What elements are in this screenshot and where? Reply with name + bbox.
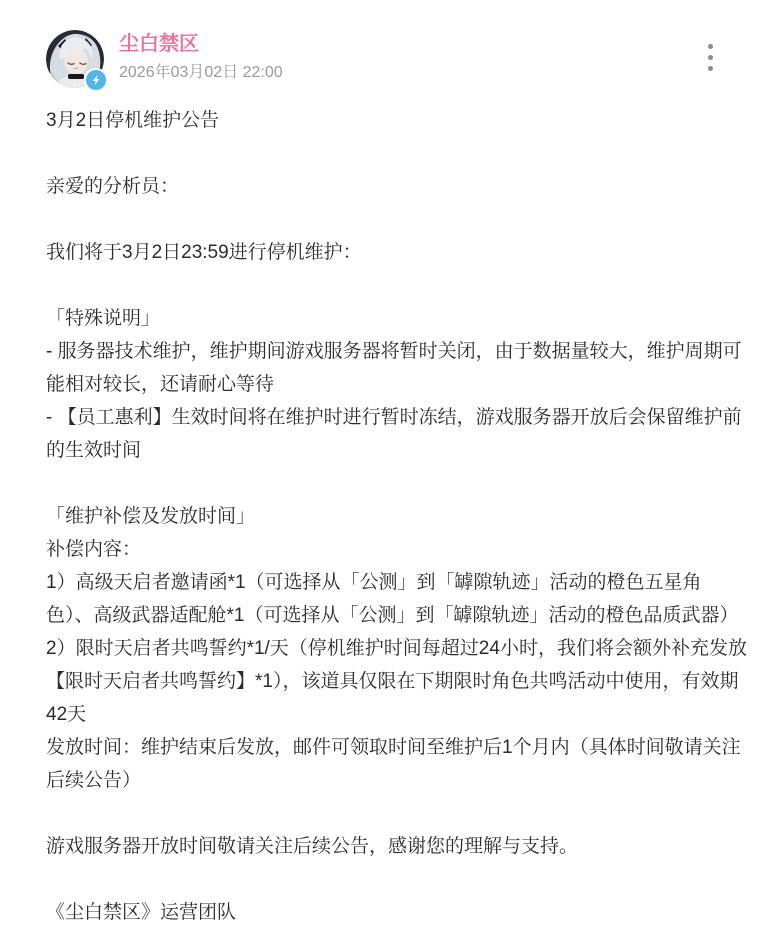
paragraph: 《尘白禁区》运营团队 bbox=[46, 896, 747, 929]
paragraph: 「维护补偿及发放时间」补偿内容：1）高级天启者邀请函*1（可选择从「公测」到「罅… bbox=[46, 500, 747, 797]
text-line: - 【员工惠利】生效时间将在维护时进行暂时冻结，游戏服务器开放后会保留维护前的生… bbox=[46, 401, 747, 467]
text-line: 2）限时天启者共鸣誓约*1/天（停机维护时间每超过24小时，我们将会额外补充发放… bbox=[46, 632, 747, 731]
text-line: 1）高级天启者邀请函*1（可选择从「公测」到「罅隙轨迹」活动的橙色五星角色）、高… bbox=[46, 566, 747, 632]
text-line: 3月2日停机维护公告 bbox=[46, 104, 747, 137]
post-header: 尘白禁区 2026年03月02日 22:00 bbox=[46, 30, 746, 88]
paragraph: 亲爱的分析员： bbox=[46, 170, 747, 203]
kebab-dot bbox=[708, 44, 713, 49]
text-line: - 服务器技术维护，维护期间游戏服务器将暂时关闭，由于数据量较大，维护周期可能相… bbox=[46, 335, 747, 401]
text-line: 亲爱的分析员： bbox=[46, 170, 747, 203]
more-options-button[interactable] bbox=[704, 40, 717, 75]
lightning-icon bbox=[89, 73, 103, 87]
text-line: 补偿内容： bbox=[46, 533, 747, 566]
paragraph: 我们将于3月2日23:59进行停机维护： bbox=[46, 236, 747, 269]
kebab-dot bbox=[708, 66, 713, 71]
text-line: 「特殊说明」 bbox=[46, 302, 747, 335]
text-line: 《尘白禁区》运营团队 bbox=[46, 896, 747, 929]
username[interactable]: 尘白禁区 bbox=[119, 32, 283, 56]
text-line: 游戏服务器开放时间敬请关注后续公告，感谢您的理解与支持。 bbox=[46, 830, 747, 863]
post-body: 3月2日停机维护公告亲爱的分析员：我们将于3月2日23:59进行停机维护：「特殊… bbox=[46, 104, 747, 929]
text-line: 我们将于3月2日23:59进行停机维护： bbox=[46, 236, 747, 269]
official-verification-badge bbox=[84, 68, 108, 92]
paragraph: 3月2日停机维护公告 bbox=[46, 104, 747, 137]
avatar[interactable] bbox=[46, 30, 104, 88]
post-meta: 尘白禁区 2026年03月02日 22:00 bbox=[119, 30, 283, 82]
text-line: 发放时间：维护结束后发放，邮件可领取时间至维护后1个月内（具体时间敬请关注后续公… bbox=[46, 731, 747, 797]
paragraph: 游戏服务器开放时间敬请关注后续公告，感谢您的理解与支持。 bbox=[46, 830, 747, 863]
page: { "header": { "username": "尘白禁区", "times… bbox=[0, 0, 779, 952]
post-card: 尘白禁区 2026年03月02日 22:00 3月2日停机维护公告亲爱的分析员：… bbox=[0, 0, 779, 929]
timestamp: 2026年03月02日 22:00 bbox=[119, 63, 283, 82]
kebab-dot bbox=[708, 55, 713, 60]
text-line: 「维护补偿及发放时间」 bbox=[46, 500, 747, 533]
paragraph: 「特殊说明」- 服务器技术维护，维护期间游戏服务器将暂时关闭，由于数据量较大，维… bbox=[46, 302, 747, 467]
